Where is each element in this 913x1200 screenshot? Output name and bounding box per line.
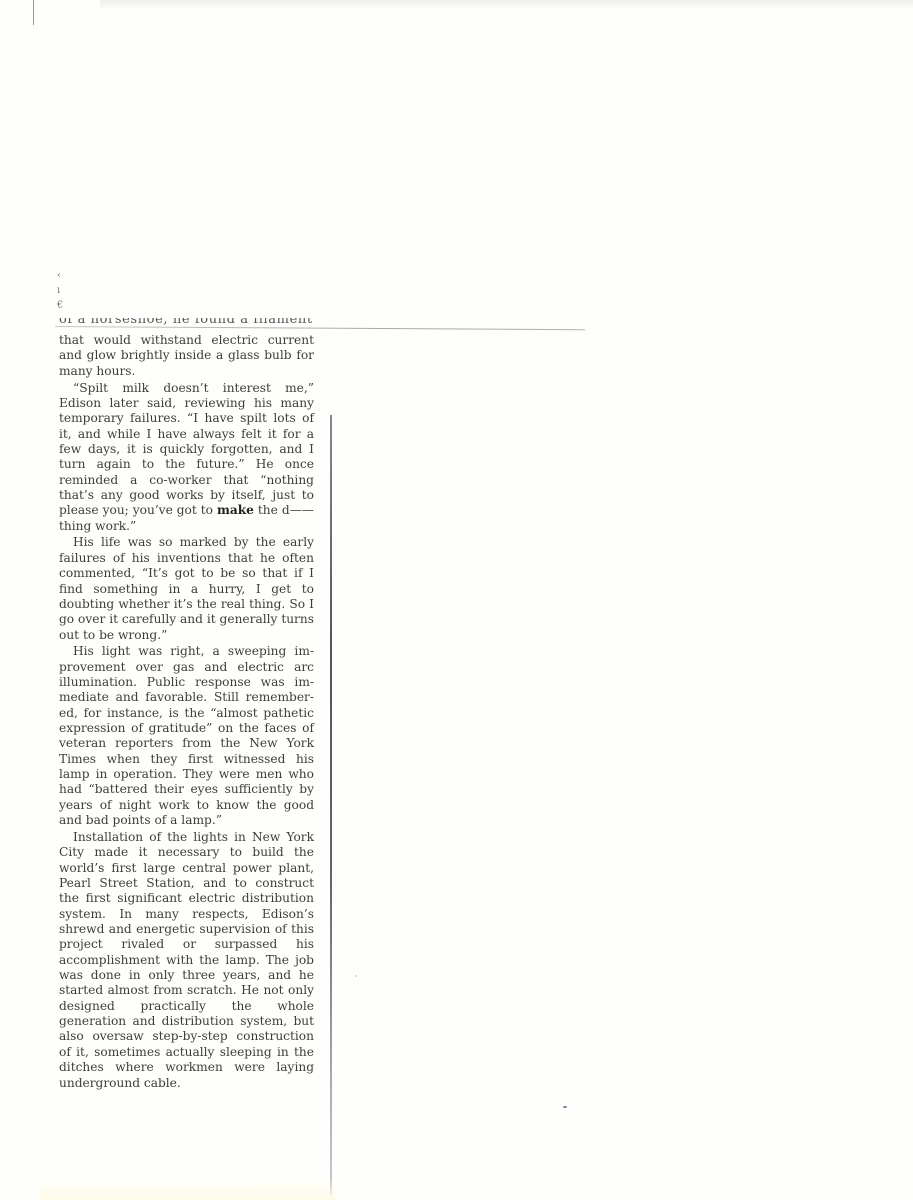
article-column: that would withstand electric current an… — [59, 333, 314, 1091]
clipped-text-line: of a horseshoe, he found a filament — [59, 318, 314, 326]
paragraph-light-was-right: His light was right, a sweeping im­prove… — [59, 644, 314, 828]
paragraph-continued: that would withstand electric current an… — [59, 333, 314, 379]
column-rule — [330, 415, 332, 1195]
scan-left-edge-mark — [33, 0, 34, 25]
bold-emphasis: make — [217, 503, 254, 517]
paragraph-early-failures: His life was so marked by the early fail… — [59, 535, 314, 642]
paragraph-text: “Spilt milk doesn’t interest me,” Edison… — [59, 381, 314, 518]
margin-mark: ı — [57, 283, 63, 298]
margin-mark: ‹ — [57, 268, 63, 283]
margin-mark: € — [57, 298, 63, 313]
paper-speck — [563, 1106, 567, 1108]
margin-marks: ‹ ı € — [57, 268, 63, 313]
paste-cut-line — [55, 326, 585, 330]
paper-speck — [355, 975, 357, 977]
paragraph-spilt-milk: “Spilt milk doesn’t interest me,” Edison… — [59, 381, 314, 534]
paper-bottom-tint — [40, 1180, 335, 1200]
clipped-text: of a horseshoe, he found a filament — [59, 318, 314, 326]
paragraph-pearl-street: Installation of the lights in New York C… — [59, 830, 314, 1091]
scan-top-shadow — [100, 0, 913, 10]
